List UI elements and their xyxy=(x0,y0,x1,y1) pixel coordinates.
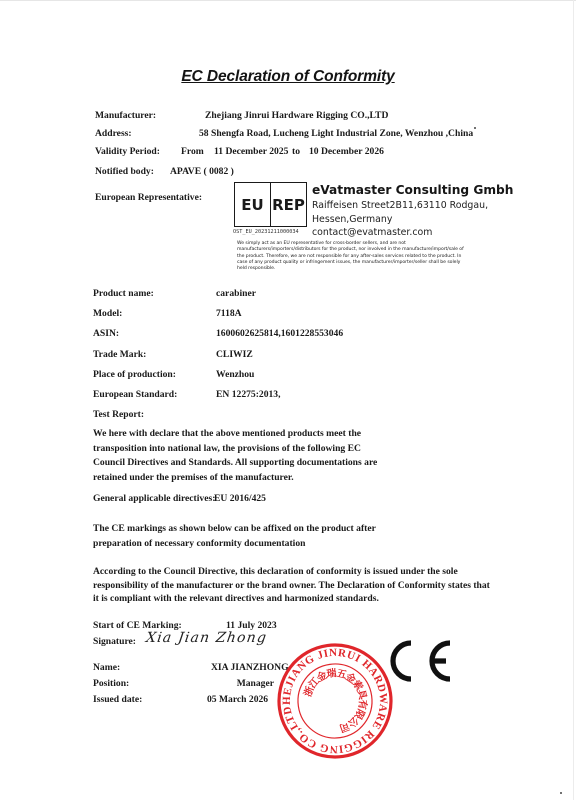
product-field-label: Trade Mark: xyxy=(93,349,146,360)
directives-label: General applicable directives: xyxy=(93,493,215,504)
product-field-value: 7118A xyxy=(216,308,242,319)
scan-speck xyxy=(474,127,476,129)
stamp-inner-text: 浙江金瑞五金索具有限公司 xyxy=(301,666,370,735)
issued-date-value: 05 March 2026 xyxy=(207,694,268,705)
stamp-outer-ring xyxy=(276,642,394,760)
document-title: EC Declaration of Conformity xyxy=(0,68,576,86)
validity-to-label: to xyxy=(292,146,300,157)
product-field-value: carabiner xyxy=(216,288,256,299)
issued-date-label: Issued date: xyxy=(93,694,142,705)
product-field-value: Wenzhou xyxy=(216,369,254,380)
validity-to-date: 10 December 2026 xyxy=(309,146,384,157)
company-seal-stamp: ZHEJIANG JINRUI HARDWARE RIGGING CO.,LTD… xyxy=(276,642,394,760)
address-value: 58 Shengfa Road, Lucheng Light Industria… xyxy=(199,128,473,139)
product-field-label: ASIN: xyxy=(93,328,119,339)
eu-rep-badge: EU REP xyxy=(234,182,307,227)
european-rep-label: European Representative: xyxy=(95,192,202,203)
signature: Xia Jian Zhong xyxy=(145,630,268,646)
scan-speck xyxy=(560,792,562,794)
manufacturer-value: Zhejiang Jinrui Hardware Rigging CO.,LTD xyxy=(205,110,388,121)
validity-from-date: 11 December 2025 xyxy=(214,146,288,157)
product-field-value: CLIWIZ xyxy=(216,349,253,360)
validity-label: Validity Period: xyxy=(95,146,160,157)
signature-label: Signature: xyxy=(93,636,136,647)
stamp-outer-text: ZHEJIANG JINRUI HARDWARE RIGGING CO.,LTD xyxy=(276,642,394,760)
eu-rep-email: contact@evatmaster.com xyxy=(312,227,432,238)
page-edge xyxy=(0,0,576,1)
ce-mark-icon xyxy=(384,638,454,684)
product-field-label: Model: xyxy=(93,308,122,319)
position-label: Position: xyxy=(93,678,129,689)
eu-rep-badge-left: EU xyxy=(235,183,270,226)
notified-body-label: Notified body: xyxy=(95,166,154,177)
ce-marking-paragraph: The CE markings as shown below can be af… xyxy=(93,522,393,551)
council-directive-paragraph: According to the Council Directive, this… xyxy=(93,565,493,606)
product-field-label: Place of production: xyxy=(93,369,176,380)
product-field-label: Test Report: xyxy=(93,409,144,420)
manufacturer-label: Manufacturer: xyxy=(95,110,156,121)
eu-rep-code: OST_EU_20231211000034 xyxy=(233,229,299,235)
product-field-label: European Standard: xyxy=(93,389,177,400)
product-field-value: EN 12275:2013, xyxy=(216,389,281,400)
eu-rep-address-line1: Raiffeisen Street2B11,63110 Rodgau, xyxy=(312,200,488,211)
notified-body-value: APAVE ( 0082 ) xyxy=(170,166,234,177)
eu-rep-address-line2: Hessen,Germany xyxy=(312,214,392,225)
product-field-label: Product name: xyxy=(93,288,154,299)
position-value: Manager xyxy=(236,678,274,689)
eu-rep-company: eVatmaster Consulting Gmbh xyxy=(312,183,513,197)
validity-from-label: From xyxy=(181,146,204,157)
directives-value: EU 2016/425 xyxy=(214,493,266,504)
address-label: Address: xyxy=(95,128,132,139)
name-label: Name: xyxy=(93,662,120,673)
declaration-paragraph: We here with declare that the above ment… xyxy=(93,427,393,485)
page-edge xyxy=(573,0,574,800)
product-field-value: 1600602625814,1601228553046 xyxy=(216,328,343,339)
eu-rep-badge-right: REP xyxy=(270,183,306,226)
eu-rep-disclaimer: We simply act as an EU representative fo… xyxy=(237,241,469,272)
